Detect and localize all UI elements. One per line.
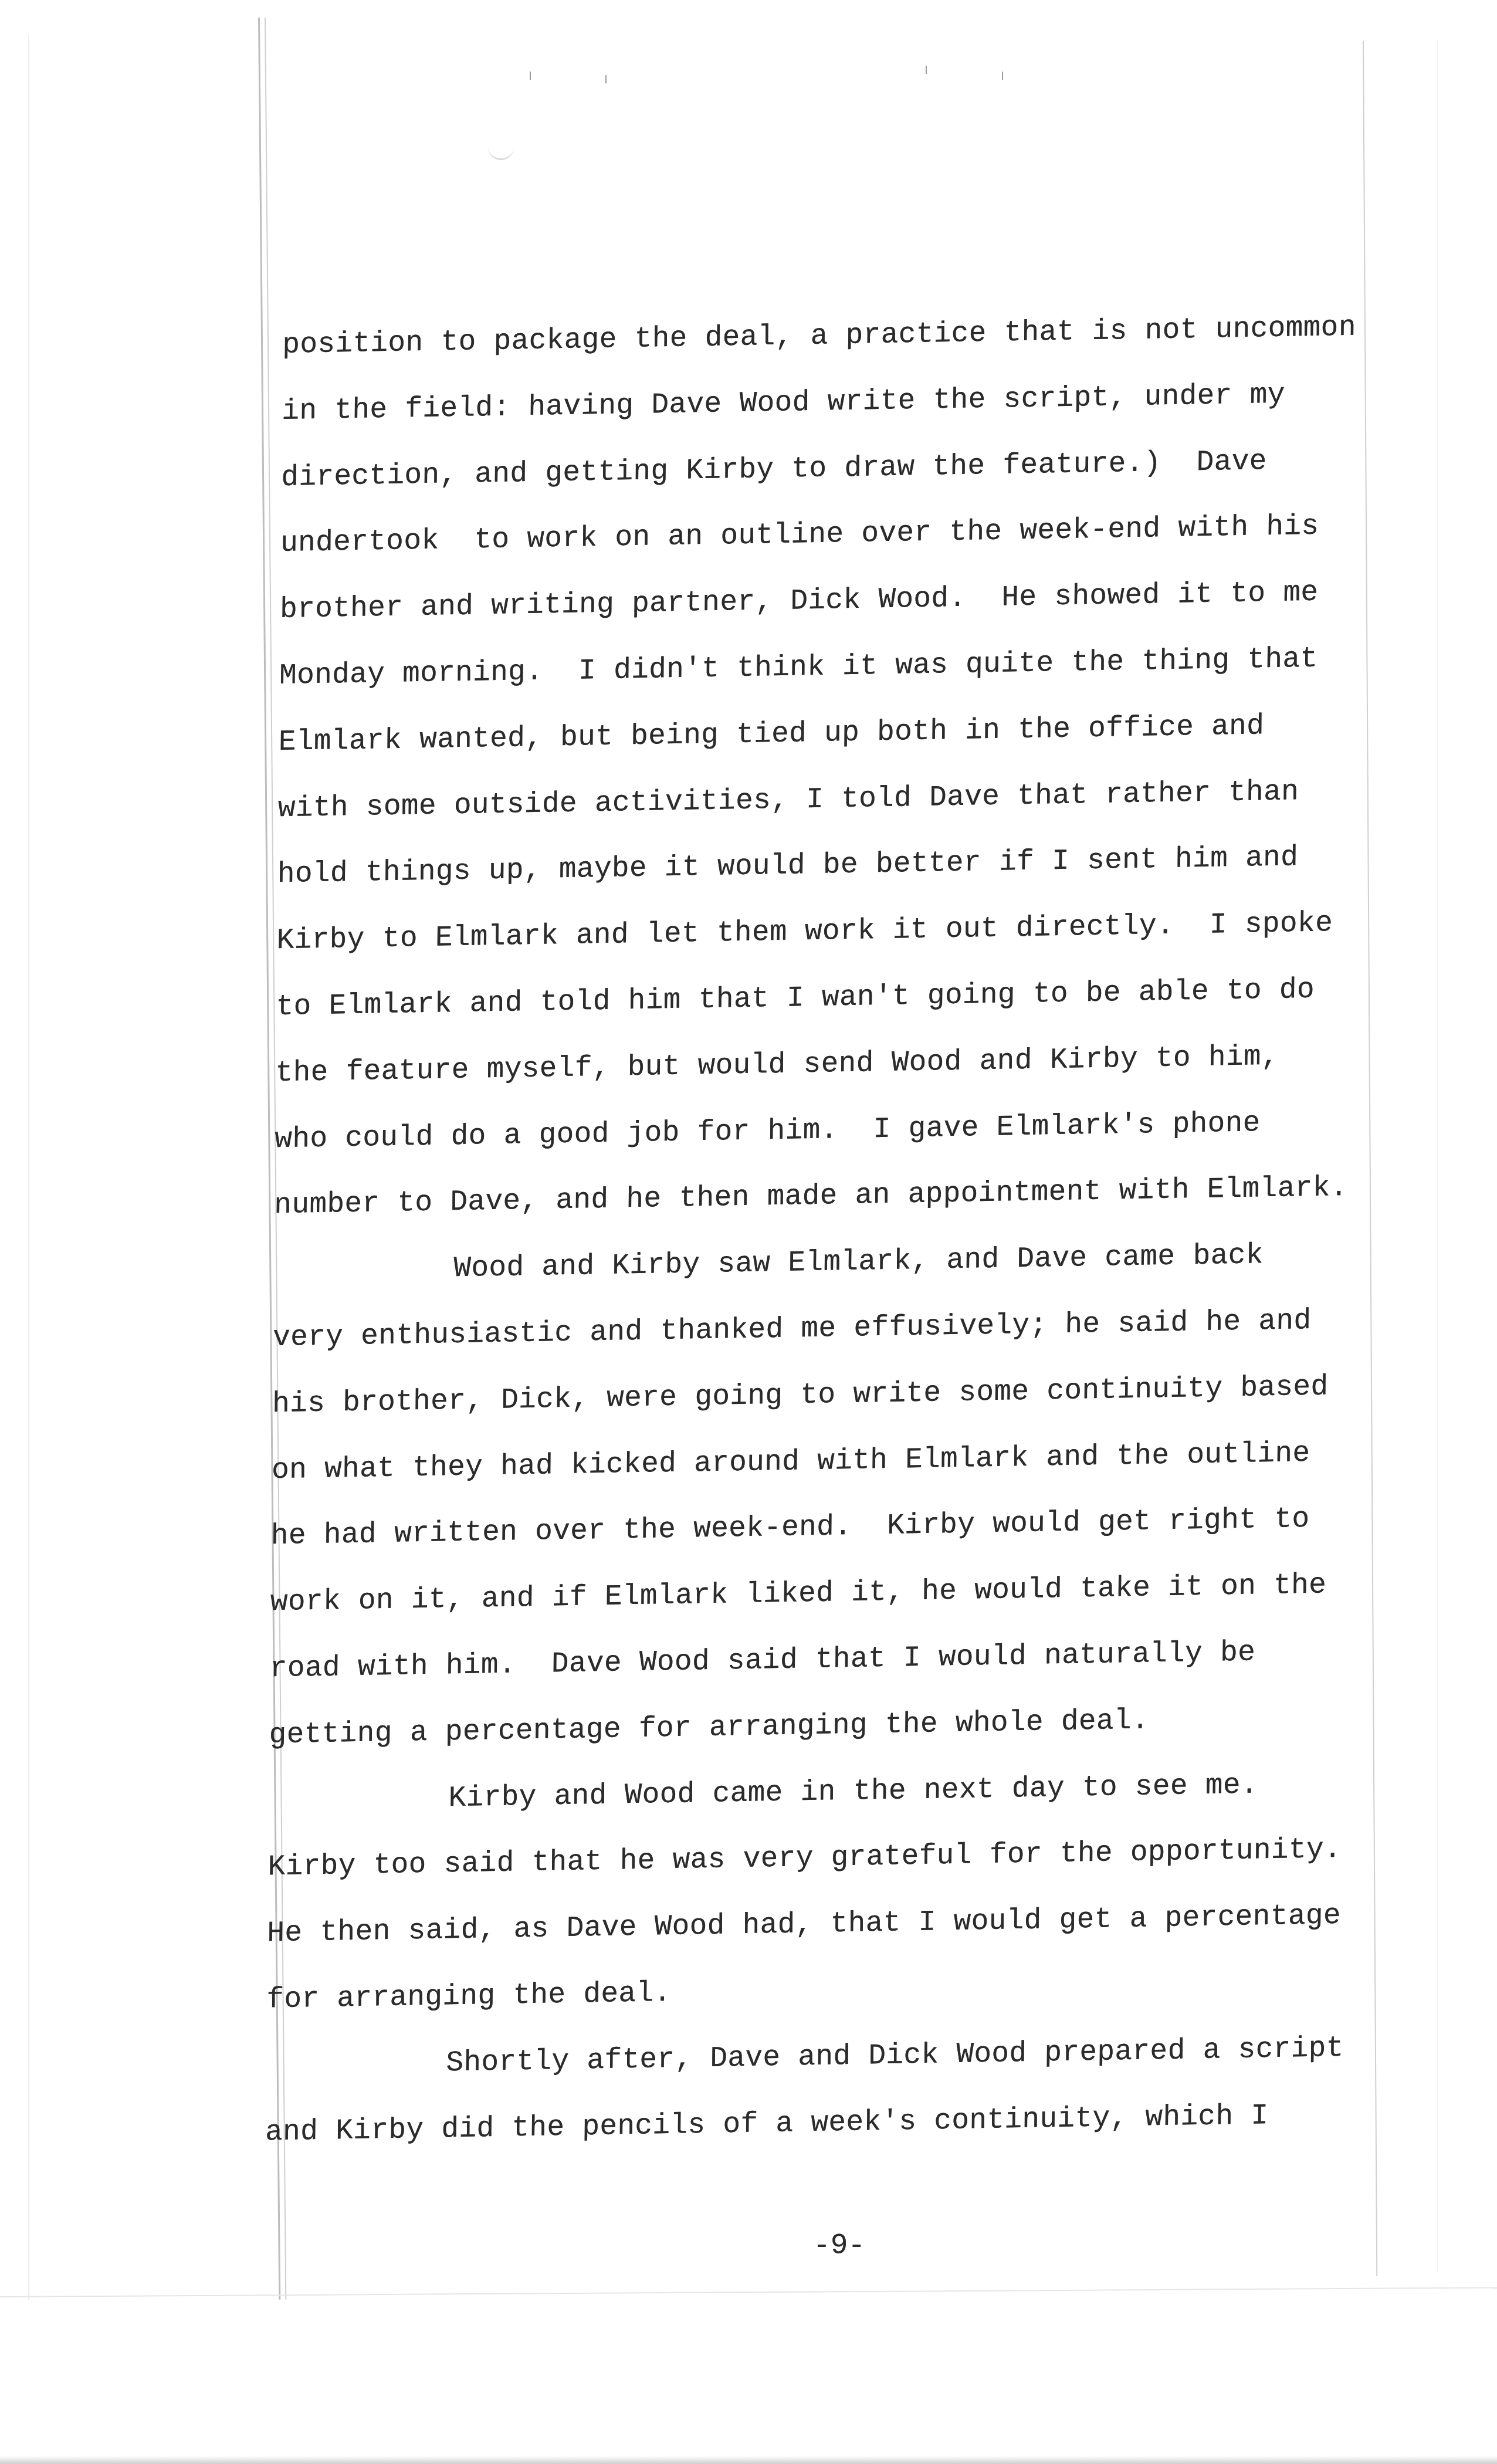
paper-speck: [605, 75, 607, 83]
scan-edge-outer-right: [1437, 41, 1438, 2270]
paper-smudge-mark: [488, 117, 514, 160]
scanner-bottom-shadow: [0, 2456, 1497, 2464]
scanned-page: position to package the deal, a practice…: [0, 0, 1497, 2464]
page-bottom-edge: [0, 2287, 1497, 2297]
typewritten-body-text: position to package the deal, a practice…: [265, 293, 1397, 2165]
paper-speck: [1002, 72, 1003, 80]
page-number: -9-: [813, 2229, 865, 2262]
scan-edge-outer-left: [28, 35, 29, 2300]
paper-speck: [926, 66, 927, 74]
paper-speck: [530, 72, 531, 80]
